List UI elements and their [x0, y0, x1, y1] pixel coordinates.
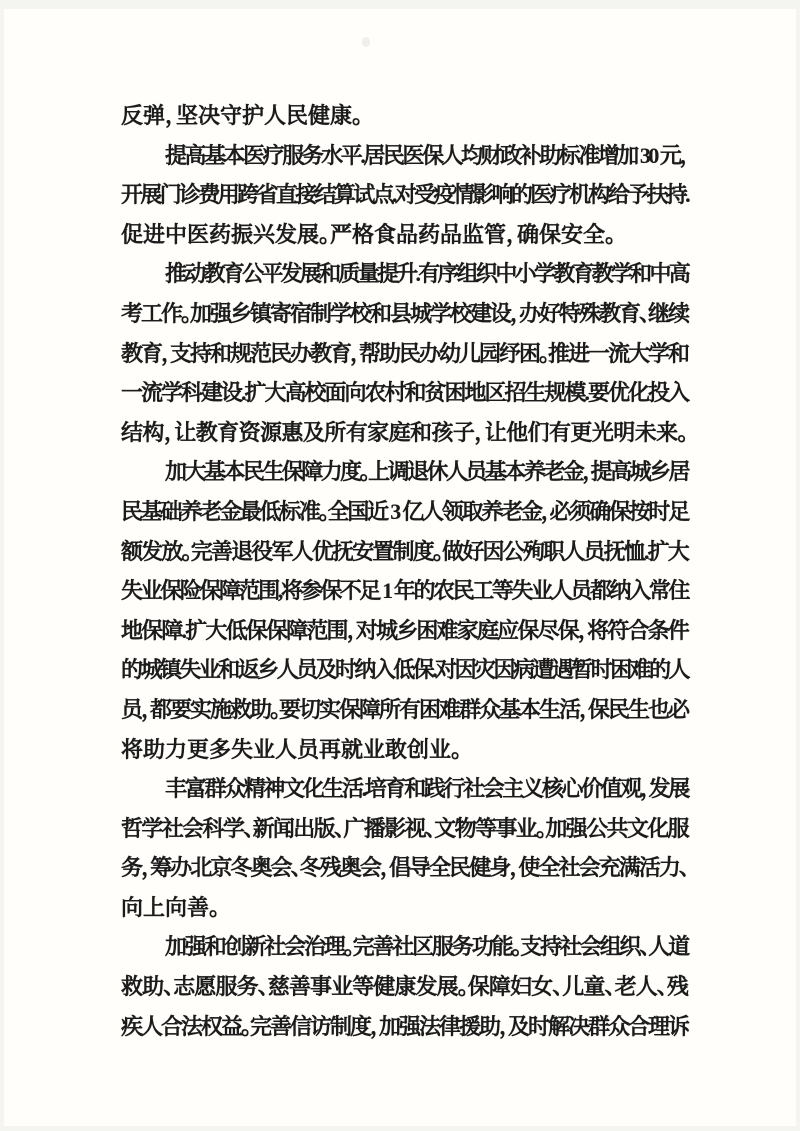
- text-line: 教育，支持和规范民办教育，帮助民办幼儿园纾困。推进一流大学和: [121, 334, 688, 374]
- text-line: 地保障.扩大低保保障范围，对城乡困难家庭应保尽保，将符合条件: [121, 611, 688, 651]
- text-line: 救助、志愿服务、慈善事业等健康发展。保障妇女、儿童、老人、残: [121, 967, 688, 1007]
- text-line: 的城镇失业和返乡人员及时纳入低保.对因灾因病遭遇暂时困难的人: [121, 650, 688, 690]
- text-line: 民基础养老金最低标准。全国近 3 亿人领取养老金，必须确保按时足: [121, 492, 688, 532]
- text-line: 促进中医药振兴发展。严格食品药品监管，确保安全。: [121, 215, 688, 255]
- text-line: 哲学社会科学、新闻出版、广播影视、文物等事业。加强公共文化服: [121, 809, 688, 849]
- text-line: 推动教育公平发展和质量提升.有序组织中小学教育教学和中高: [121, 254, 688, 294]
- text-line: 疾人合法权益。完善信访制度，加强法律援助，及时解决群众合理诉: [121, 1007, 688, 1047]
- text-line: 结构，让教育资源惠及所有家庭和孩子，让他们有更光明未来。: [121, 413, 688, 453]
- text-line: 考工作。加强乡镇寄宿制学校和县城学校建设，办好特殊教育、继续: [121, 294, 688, 334]
- text-line: 开展门诊费用跨省直接结算试点.对受疫情影响的医疗机构给予扶持.: [121, 175, 688, 215]
- text-line: 加强和创新社会治理。完善社区服务功能。支持社会组织、人道: [121, 927, 688, 967]
- scan-smudge: [362, 37, 370, 47]
- text-line: 员，都要实施救助。要切实保障所有困难群众基本生活，保民生也必: [121, 690, 688, 730]
- text-line: 加大基本民生保障力度。上调退休人员基本养老金，提高城乡居: [121, 452, 688, 492]
- document-page: 反弹，坚决守护人民健康。提高基本医疗服务水平.居民医保人均财政补助标准增加 30…: [4, 9, 796, 1126]
- text-line: 丰富群众精神文化生活.培育和践行社会主义核心价值观，发展: [121, 769, 688, 809]
- text-line: 额发放。完善退役军人优抚安置制度。做好因公殉职人员抚恤.扩大: [121, 532, 688, 572]
- text-line: 反弹，坚决守护人民健康。: [121, 96, 688, 136]
- text-line: 务，筹办北京冬奥会、冬残奥会，倡导全民健身，使全社会充满活力、: [121, 848, 688, 888]
- document-body: 反弹，坚决守护人民健康。提高基本医疗服务水平.居民医保人均财政补助标准增加 30…: [121, 96, 688, 1046]
- text-line: 一流学科建设.扩大高校面向农村和贫困地区招生规模.要优化投入: [121, 373, 688, 413]
- text-line: 将助力更多失业人员再就业敢创业。: [121, 730, 688, 770]
- text-line: 提高基本医疗服务水平.居民医保人均财政补助标准增加 30 元，: [121, 136, 688, 176]
- text-line: 向上向善。: [121, 888, 688, 928]
- text-line: 失业保险保障范围,将参保不足 1 年的农民工等失业人员都纳入常住: [121, 571, 688, 611]
